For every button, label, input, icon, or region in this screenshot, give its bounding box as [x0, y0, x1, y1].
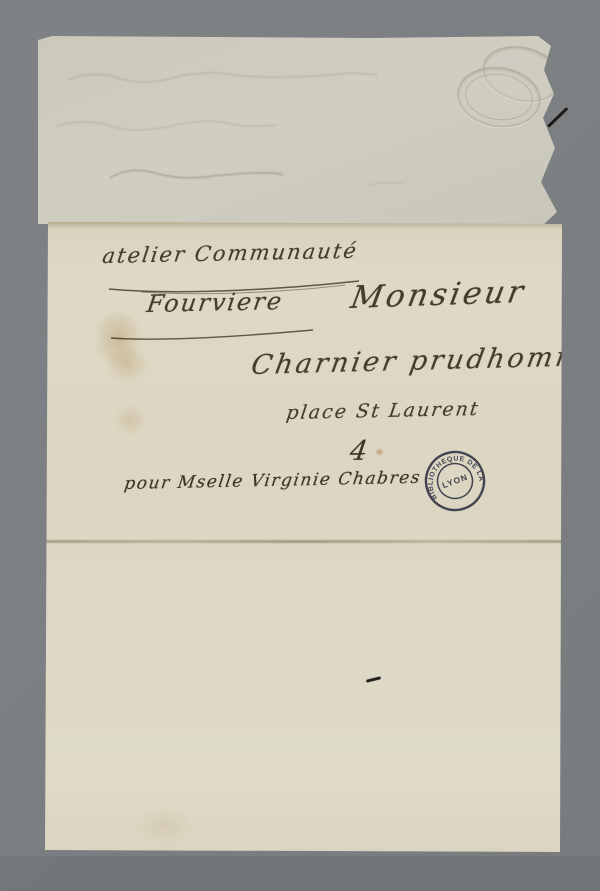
handwritten-line-atelier: atelier Communauté — [101, 239, 360, 268]
photograph-background: atelier Communauté Fourviere Monsieur Ch… — [0, 0, 600, 891]
handwritten-line-number: 4 — [348, 436, 372, 467]
library-stamp: BIBLIOTHEQUE DE LA VILLE LYON — [406, 432, 503, 529]
handwritten-line-fourviere: Fourviere — [145, 287, 285, 318]
ink-mark — [366, 676, 381, 683]
stain — [93, 312, 143, 370]
underline-strokes — [45, 222, 562, 852]
svg-text:BIBLIOTHEQUE DE LA VILLE: BIBLIOTHEQUE DE LA VILLE — [406, 432, 485, 505]
handwritten-line-name: Charnier prudhomme — [249, 341, 600, 381]
folded-top-sheet — [38, 36, 562, 224]
handwritten-line-monsieur: Monsieur — [348, 274, 529, 316]
fold-crease — [45, 540, 562, 543]
stain — [375, 448, 384, 456]
stain — [113, 404, 147, 436]
handwritten-line-recipient: pour Mselle Virginie Chabres — [123, 468, 422, 494]
stain — [133, 806, 197, 844]
handwritten-line-street: place St Laurent — [285, 398, 481, 424]
letter-page: atelier Communauté Fourviere Monsieur Ch… — [45, 222, 562, 852]
stamp-center-text: LYON — [441, 472, 470, 491]
stain — [105, 344, 149, 384]
pen-stroke-mark — [547, 107, 568, 128]
stamp-ring-text: BIBLIOTHEQUE DE LA VILLE — [406, 432, 485, 505]
